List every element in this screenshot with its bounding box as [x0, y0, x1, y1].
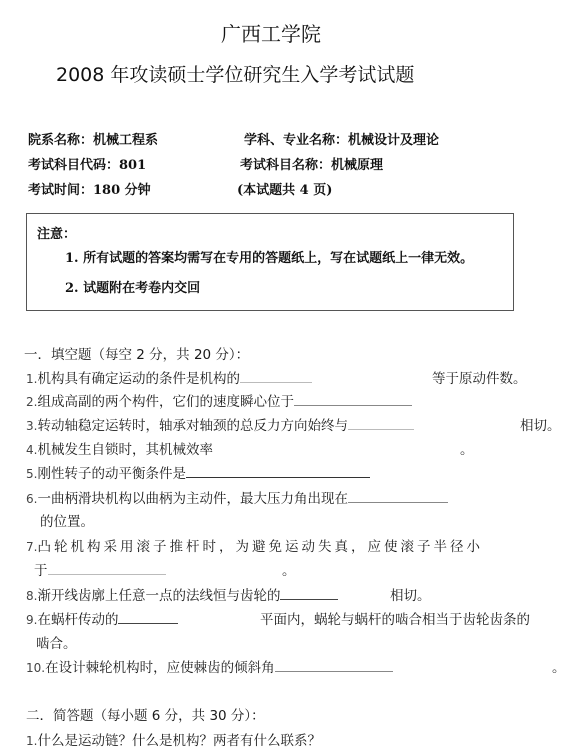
question-number: 9. [26, 613, 37, 627]
section2-heading: 二．简答题（每小题 6 分，共 30 分）： [26, 704, 265, 724]
question-1-9: 9.在蜗杆传动的 [26, 608, 178, 628]
question-text: 凸轮机构采用滚子推杆时，为避免运动失真，应使滚子半径小 [37, 539, 483, 555]
answer-blank[interactable] [348, 415, 414, 430]
question-1-7-continuation: 于 [34, 559, 166, 579]
major-value: 机械设计及理论 [348, 133, 439, 148]
department-field: 院系名称：机械工程系 [28, 129, 158, 148]
question-1-6: 6.一曲柄滑块机构以曲柄为主动件，最大压力角出现在 [26, 487, 448, 507]
school-name: 广西工学院 [0, 18, 578, 47]
question-number: 2. [26, 395, 37, 409]
question-1-1-after: 等于原动件数。 [432, 367, 527, 387]
question-number: 1. [26, 372, 37, 386]
answer-blank[interactable] [118, 609, 178, 624]
question-2-1: 1.什么是运动链？什么是机构？两者有什么联系？ [26, 729, 321, 749]
question-text: 什么是运动链？什么是机构？两者有什么联系？ [37, 733, 321, 749]
question-text: 一曲柄滑块机构以曲柄为主动件，最大压力角出现在 [37, 491, 348, 507]
question-1-4: 4.机械发生自锁时，其机械效率 [26, 438, 213, 458]
question-1-1: 1.机构具有确定运动的条件是机构的 [26, 367, 312, 387]
answer-blank[interactable] [186, 463, 370, 478]
question-text: 在设计棘轮机构时，应使棘齿的倾斜角 [45, 660, 275, 676]
question-text: 渐开线齿廓上任意一点的法线恒与齿轮的 [37, 588, 280, 604]
answer-blank[interactable] [48, 560, 166, 575]
department-label: 院系名称： [28, 133, 93, 148]
notice-item-1: 1. 所有试题的答案均需写在专用的答题纸上，写在试题纸上一律无效。 [65, 247, 473, 266]
question-1-9-continuation: 啮合。 [36, 632, 77, 652]
question-1-2: 2.组成高副的两个构件，它们的速度瞬心位于 [26, 390, 412, 410]
question-text: 刚性转子的动平衡条件是 [37, 466, 186, 482]
question-1-4-after: 。 [460, 438, 474, 458]
exam-time-label: 考试时间： [28, 183, 93, 198]
question-1-8: 8.渐开线齿廓上任意一点的法线恒与齿轮的 [26, 584, 338, 604]
question-1-3: 3.转动轴稳定运转时，轴承对轴颈的总反力方向始终与 [26, 414, 414, 434]
pages-note: (本试题共 4 页) [237, 179, 332, 198]
notice-item-2: 2. 试题附在考卷内交回 [65, 277, 200, 296]
question-1-10: 10.在设计棘轮机构时，应使棘齿的倾斜角 [26, 656, 393, 676]
question-number: 6. [26, 492, 37, 506]
question-1-6-continuation: 的位置。 [40, 510, 94, 530]
major-label: 学科、专业名称： [244, 133, 348, 148]
question-number: 4. [26, 443, 37, 457]
question-text: 组成高副的两个构件，它们的速度瞬心位于 [37, 394, 294, 410]
major-field: 学科、专业名称：机械设计及理论 [244, 129, 439, 148]
subject-name-field: 考试科目名称：机械原理 [240, 154, 383, 173]
question-number: 5. [26, 467, 37, 481]
question-1-8-after: 相切。 [390, 584, 431, 604]
answer-blank[interactable] [275, 657, 393, 672]
question-number: 8. [26, 589, 37, 603]
question-text: 转动轴稳定运转时，轴承对轴颈的总反力方向始终与 [37, 418, 348, 434]
question-number: 1. [26, 734, 37, 748]
subject-code-field: 考试科目代码：801 [28, 154, 146, 173]
answer-blank[interactable] [294, 391, 412, 406]
question-1-9-after: 平面内，蜗轮与蜗杆的啮合相当于齿轮齿条的 [260, 608, 530, 628]
section1-heading: 一．填空题（每空 2 分，共 20 分）： [24, 343, 249, 363]
notice-box: 注意： 1. 所有试题的答案均需写在专用的答题纸上，写在试题纸上一律无效。 2.… [26, 213, 514, 311]
question-text: 机构具有确定运动的条件是机构的 [37, 371, 240, 387]
school-name-text: 广西工学院 [221, 22, 321, 46]
exam-time-value: 180 分钟 [93, 183, 151, 198]
question-text: 机械发生自锁时，其机械效率 [37, 442, 213, 458]
question-1-3-after: 相切。 [520, 414, 561, 434]
department-value: 机械工程系 [93, 133, 158, 148]
exam-title: 2008 年攻读硕士学位研究生入学考试试题 [56, 60, 414, 87]
question-1-7: 7.凸轮机构采用滚子推杆时，为避免运动失真，应使滚子半径小 [26, 535, 483, 555]
subject-name-label: 考试科目名称： [240, 158, 331, 173]
question-number: 10. [26, 661, 45, 675]
question-1-7-after: 。 [282, 559, 296, 579]
answer-blank[interactable] [240, 368, 312, 383]
subject-code-label: 考试科目代码： [28, 158, 119, 173]
subject-code-value: 801 [119, 158, 146, 173]
answer-blank[interactable] [280, 585, 338, 600]
question-1-5: 5.刚性转子的动平衡条件是 [26, 462, 370, 482]
subject-name-value: 机械原理 [331, 158, 383, 173]
question-number: 7. [26, 540, 37, 554]
question-text: 在蜗杆传动的 [37, 612, 118, 628]
question-number: 3. [26, 419, 37, 433]
answer-blank[interactable] [348, 488, 448, 503]
exam-time-field: 考试时间：180 分钟 [28, 179, 151, 198]
question-1-10-after: 。 [552, 656, 566, 676]
notice-heading: 注意： [37, 223, 76, 242]
question-text: 于 [34, 563, 48, 579]
